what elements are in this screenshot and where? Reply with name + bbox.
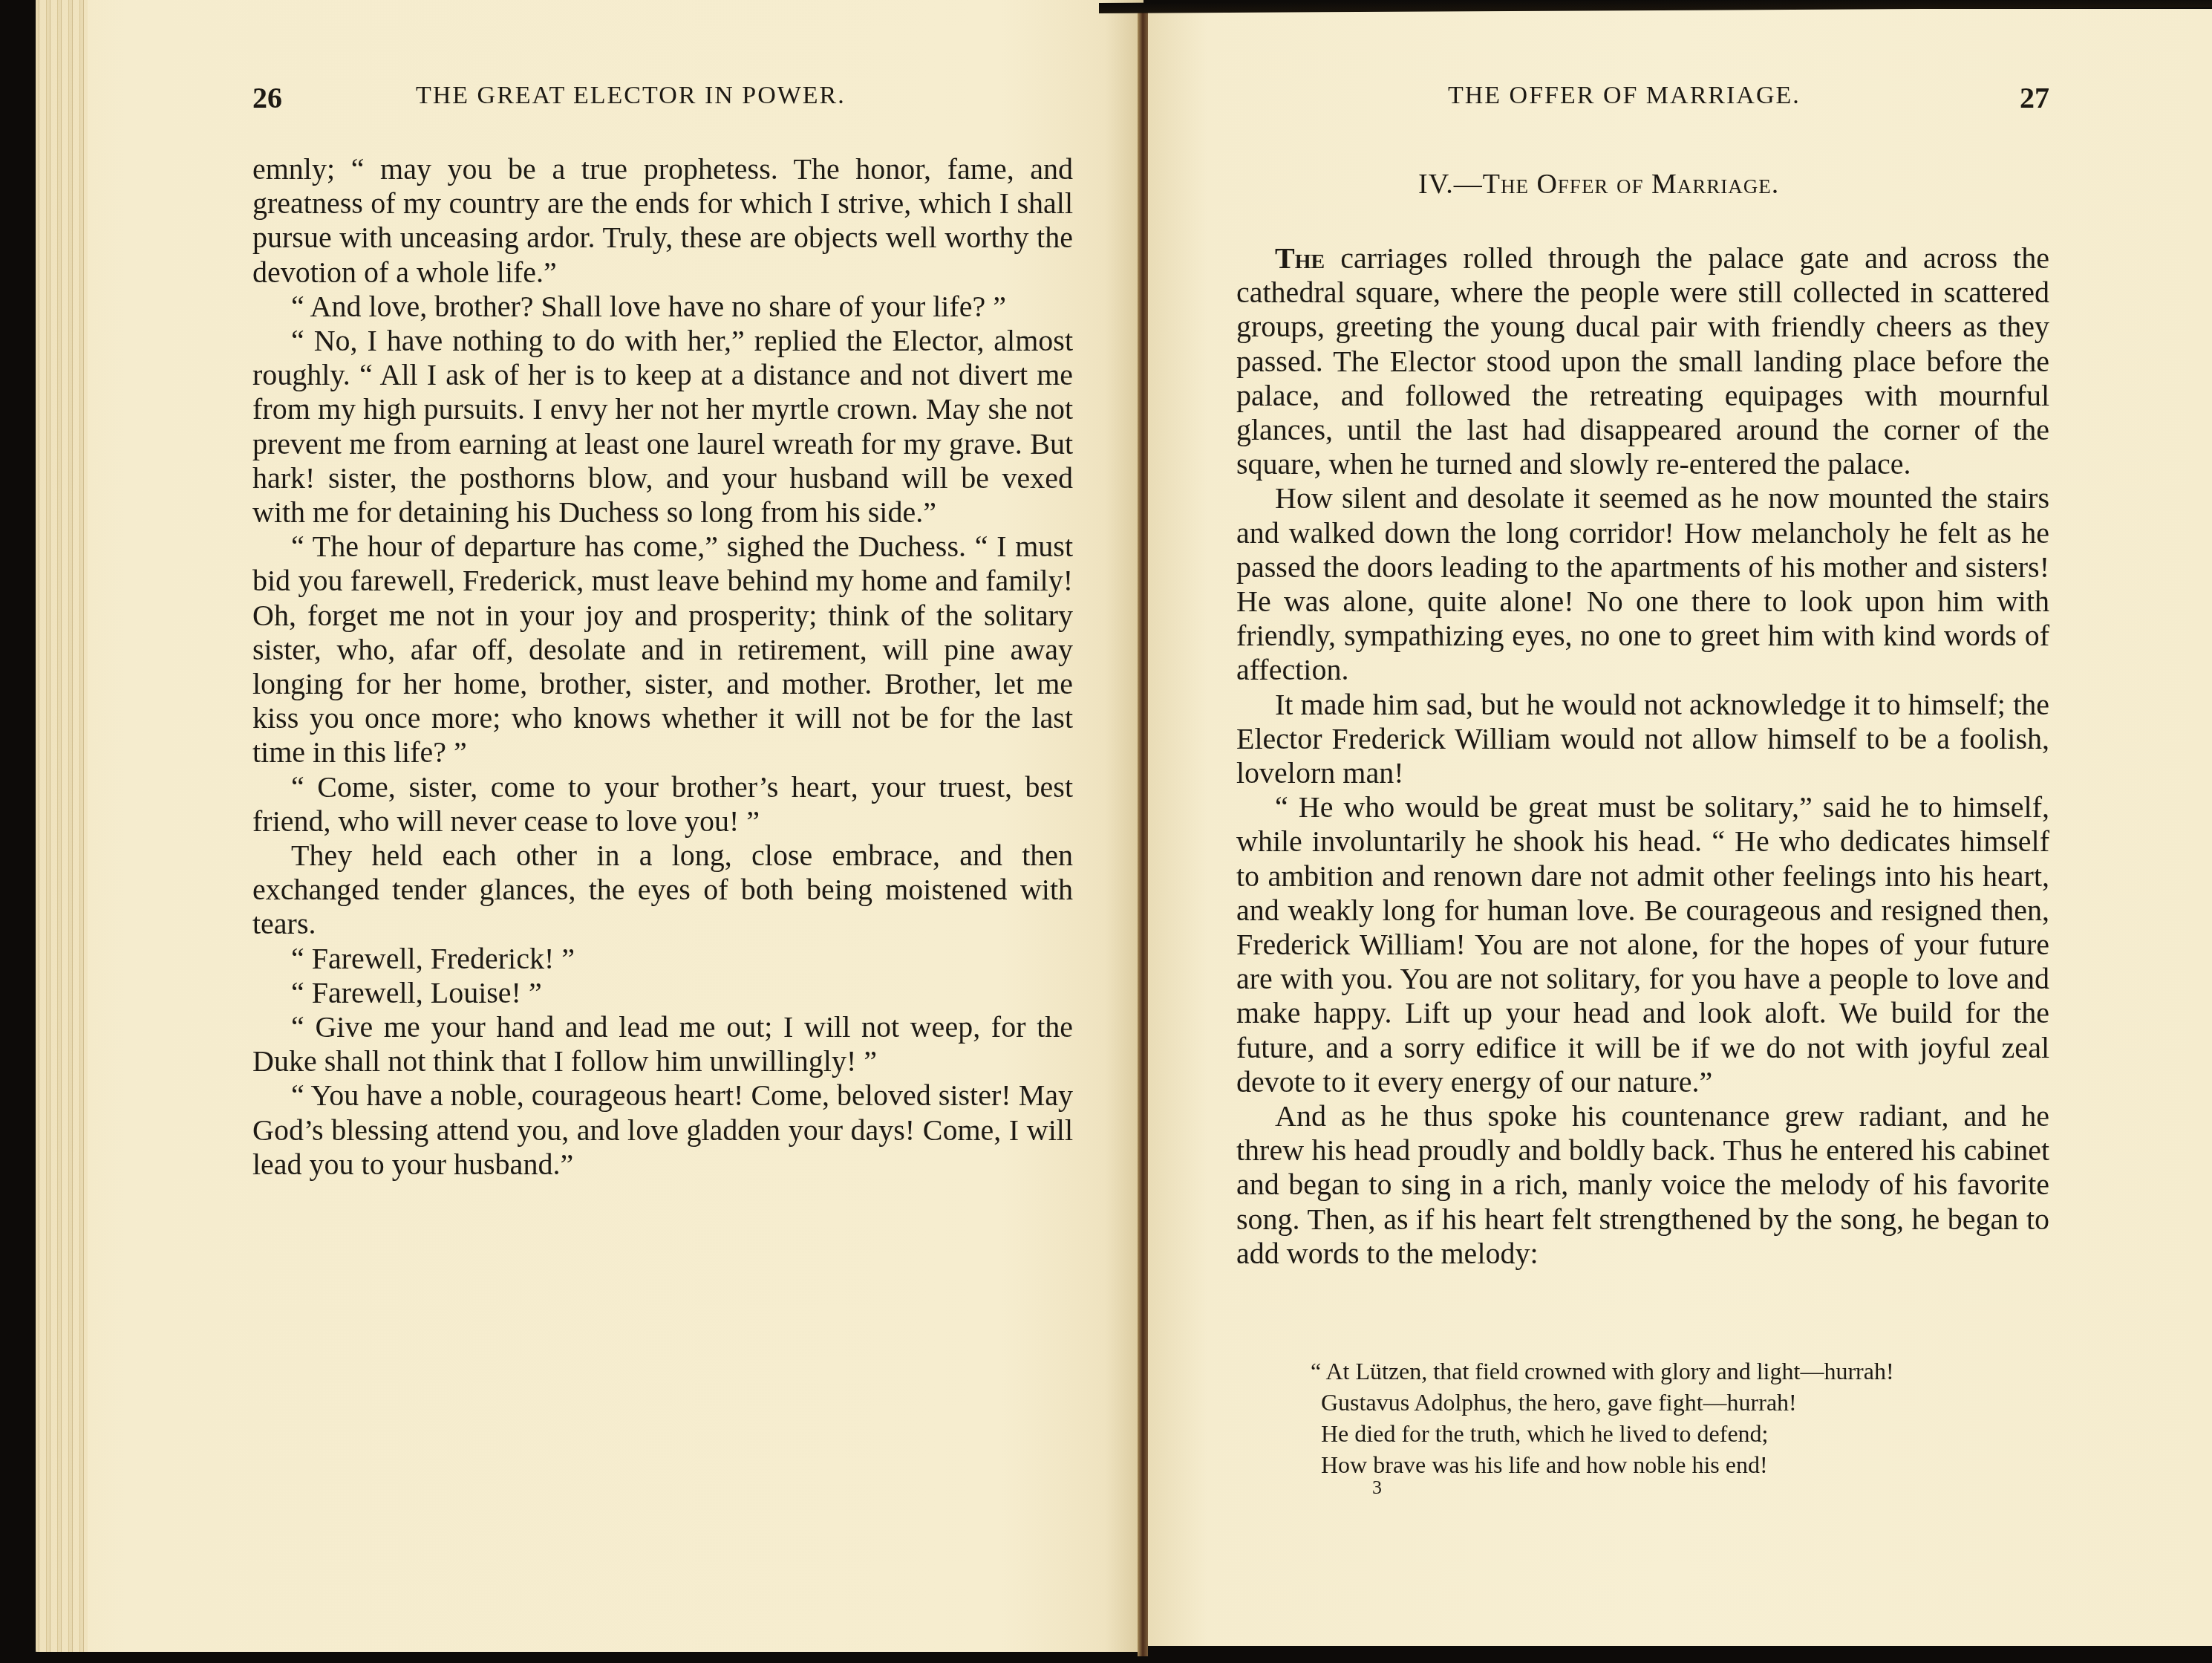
paragraph: “ You have a noble, courageous heart! Co… — [252, 1078, 1073, 1182]
left-body-text: emnly; “ may you be a true prophetess. T… — [252, 152, 1073, 1182]
paragraph: The carriages rolled through the palace … — [1236, 241, 2049, 481]
paragraph: “ No, I have nothing to do with her,” re… — [252, 324, 1073, 530]
paragraph: “ The hour of departure has come,” sighe… — [252, 530, 1073, 769]
book-gutter — [1138, 7, 1148, 1656]
paragraph: It made him sad, but he would not acknow… — [1236, 688, 2049, 791]
verse-line: Gustavus Adolphus, the hero, gave fight—… — [1311, 1387, 1894, 1418]
left-running-head: THE GREAT ELECTOR IN POWER. — [416, 82, 846, 110]
paragraph: “ Give me your hand and lead me out; I w… — [252, 1010, 1073, 1078]
chapter-heading: IV.—The Offer of Marriage. — [1418, 168, 1779, 201]
verse-line: He died for the truth, which he lived to… — [1311, 1418, 1894, 1449]
chapter-title: The Offer of Marriage. — [1483, 169, 1779, 200]
verse-line: How brave was his life and how noble his… — [1311, 1449, 1894, 1480]
paragraph: “ Come, sister, come to your brother’s h… — [252, 770, 1073, 839]
right-folio: 27 — [2020, 80, 2049, 115]
paragraph: “ Farewell, Frederick! ” — [252, 942, 1073, 976]
verse-line: “ At Lützen, that field crowned with glo… — [1311, 1356, 1894, 1387]
paragraph: “ And love, brother? Shall love have no … — [252, 290, 1073, 324]
page-edges — [36, 0, 88, 1652]
paragraph: “ Farewell, Louise! ” — [252, 976, 1073, 1010]
verse-block: “ At Lützen, that field crowned with glo… — [1311, 1356, 1894, 1480]
paragraph: emnly; “ may you be a true prophetess. T… — [252, 152, 1073, 290]
right-running-head: THE OFFER OF MARRIAGE. — [1448, 82, 1801, 110]
paragraph: They held each other in a long, close em… — [252, 839, 1073, 942]
signature-mark: 3 — [1372, 1477, 1382, 1499]
left-folio: 26 — [252, 80, 282, 115]
drop-word: The — [1275, 241, 1325, 275]
paragraph: And as he thus spoke his countenance gre… — [1236, 1099, 2049, 1271]
paragraph: “ He who would be great must be solitary… — [1236, 790, 2049, 1099]
chapter-number: IV.— — [1418, 169, 1483, 200]
paragraph: How silent and desolate it seemed as he … — [1236, 481, 2049, 687]
right-body-text: The carriages rolled through the palace … — [1236, 241, 2049, 1271]
